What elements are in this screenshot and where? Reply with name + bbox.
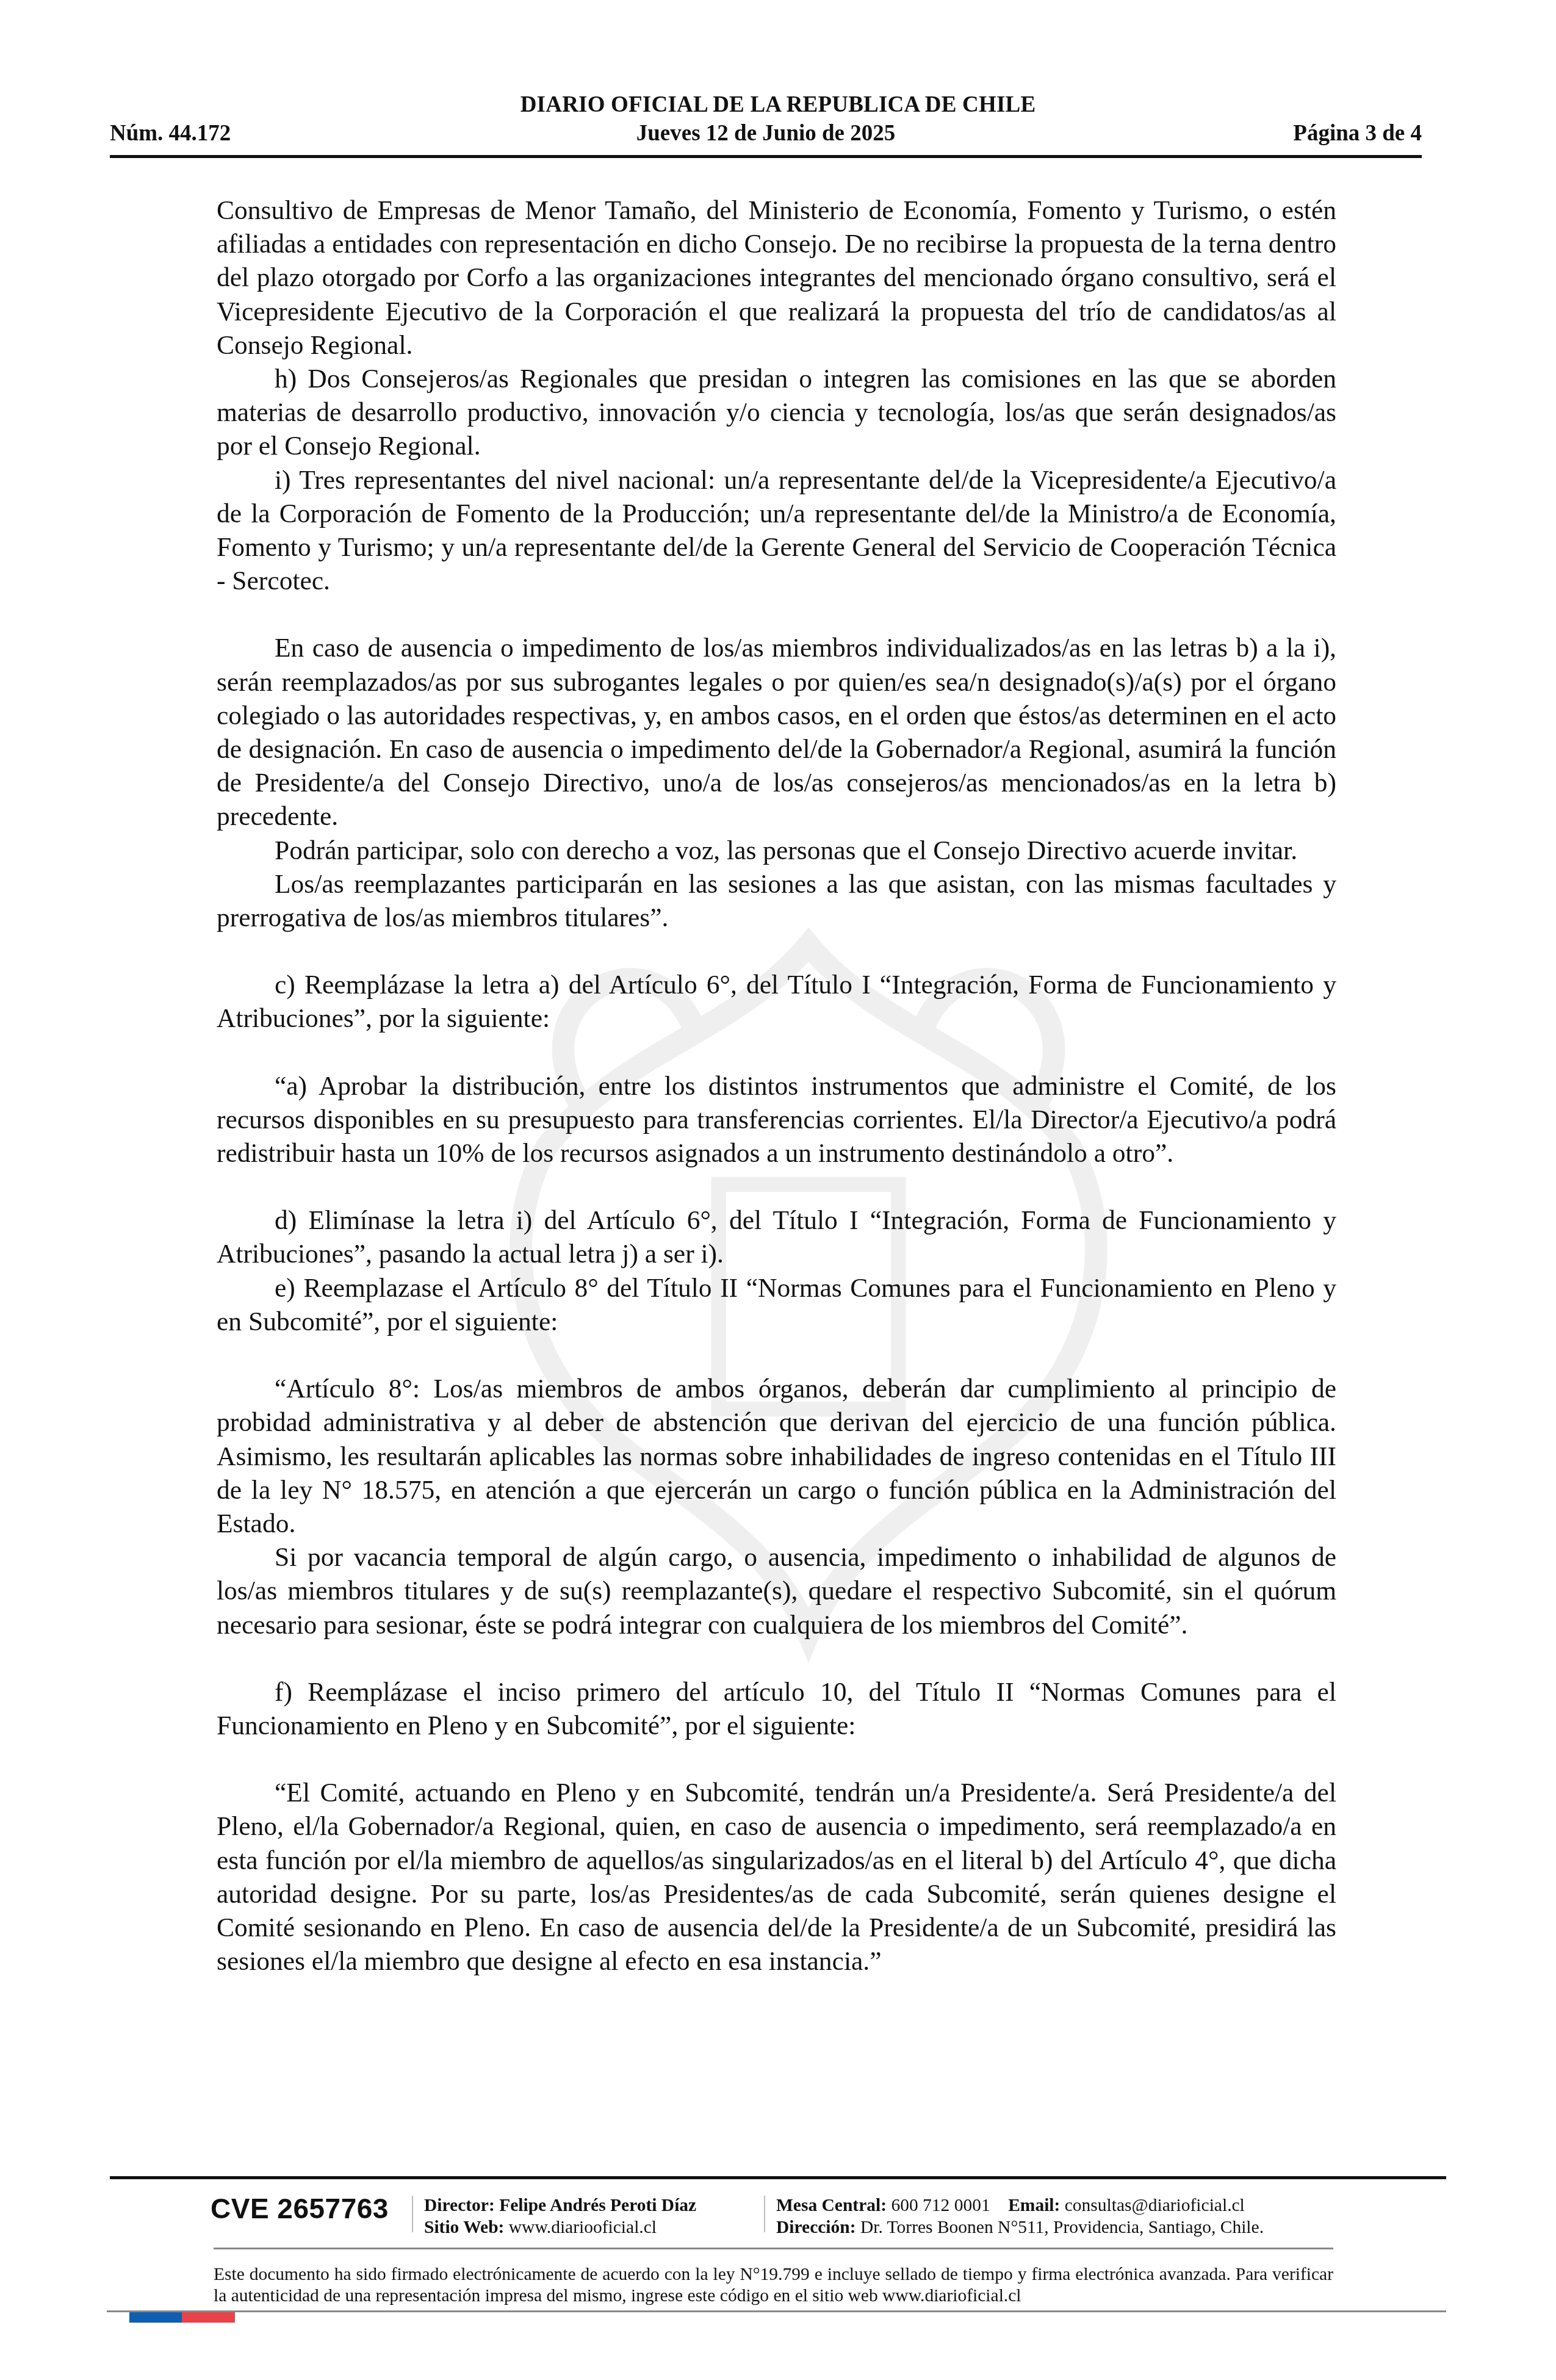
paragraph: En caso de ausencia o impedimento de los… xyxy=(217,632,1336,834)
footer-divider xyxy=(110,2176,1446,2179)
publication-title: DIARIO OFICIAL DE LA REPUBLICA DE CHILE xyxy=(0,92,1556,118)
column-separator xyxy=(764,2196,765,2232)
flag-red-bar xyxy=(182,2312,235,2323)
website-label: Sitio Web: xyxy=(424,2218,504,2237)
document-body: Consultivo de Empresas de Menor Tamaño, … xyxy=(217,194,1336,1978)
paragraph: i) Tres representantes del nivel naciona… xyxy=(217,464,1336,599)
phone-label: Mesa Central: xyxy=(776,2196,887,2215)
paragraph: Los/as reemplazantes participarán en las… xyxy=(217,868,1336,935)
flag-blue-bar xyxy=(129,2312,182,2323)
paragraph: e) Reemplazase el Artículo 8° del Título… xyxy=(217,1272,1336,1339)
footer-separator xyxy=(214,2248,1333,2249)
paragraph: “El Comité, actuando en Pleno y en Subco… xyxy=(217,1776,1336,1978)
paragraph: Podrán participar, solo con derecho a vo… xyxy=(217,834,1336,868)
paragraph: c) Reemplázase la letra a) del Artículo … xyxy=(217,968,1336,1036)
paragraph: “Artículo 8°: Los/as miembros de ambos ó… xyxy=(217,1372,1336,1541)
paragraph: d) Elimínase la letra i) del Artículo 6°… xyxy=(217,1204,1336,1271)
paragraph: f) Reemplázase el inciso primero del art… xyxy=(217,1676,1336,1743)
header-divider xyxy=(110,155,1422,158)
director-block: Director: Felipe Andrés Peroti Díaz Siti… xyxy=(424,2194,696,2238)
footer-bottom-rule xyxy=(107,2310,1446,2312)
address: Dr. Torres Boonen N°511, Providencia, Sa… xyxy=(860,2218,1264,2237)
paragraph: Si por vacancia temporal de algún cargo,… xyxy=(217,1541,1336,1642)
cve-code: CVE 2657763 xyxy=(211,2192,389,2225)
director-label: Director: xyxy=(424,2196,495,2215)
column-separator xyxy=(412,2196,413,2232)
email-label: Email: xyxy=(1008,2196,1060,2215)
website-link[interactable]: www.diariooficial.cl xyxy=(509,2218,657,2237)
paragraph: h) Dos Consejeros/as Regionales que pres… xyxy=(217,362,1336,464)
publication-date: Jueves 12 de Junio de 2025 xyxy=(110,120,1422,146)
paragraph: “a) Aprobar la distribución, entre los d… xyxy=(217,1070,1336,1171)
phone-number: 600 712 0001 xyxy=(891,2196,990,2215)
paragraph: Consultivo de Empresas de Menor Tamaño, … xyxy=(217,194,1336,362)
email-link[interactable]: consultas@diarioficial.cl xyxy=(1065,2196,1245,2215)
signature-disclaimer: Este documento ha sido firmado electróni… xyxy=(214,2264,1333,2307)
director-name: Felipe Andrés Peroti Díaz xyxy=(499,2196,696,2215)
address-label: Dirección: xyxy=(776,2218,856,2237)
page-indicator: Página 3 de 4 xyxy=(1293,120,1422,146)
contact-block: Mesa Central: 600 712 0001 Email: consul… xyxy=(776,2194,1264,2238)
